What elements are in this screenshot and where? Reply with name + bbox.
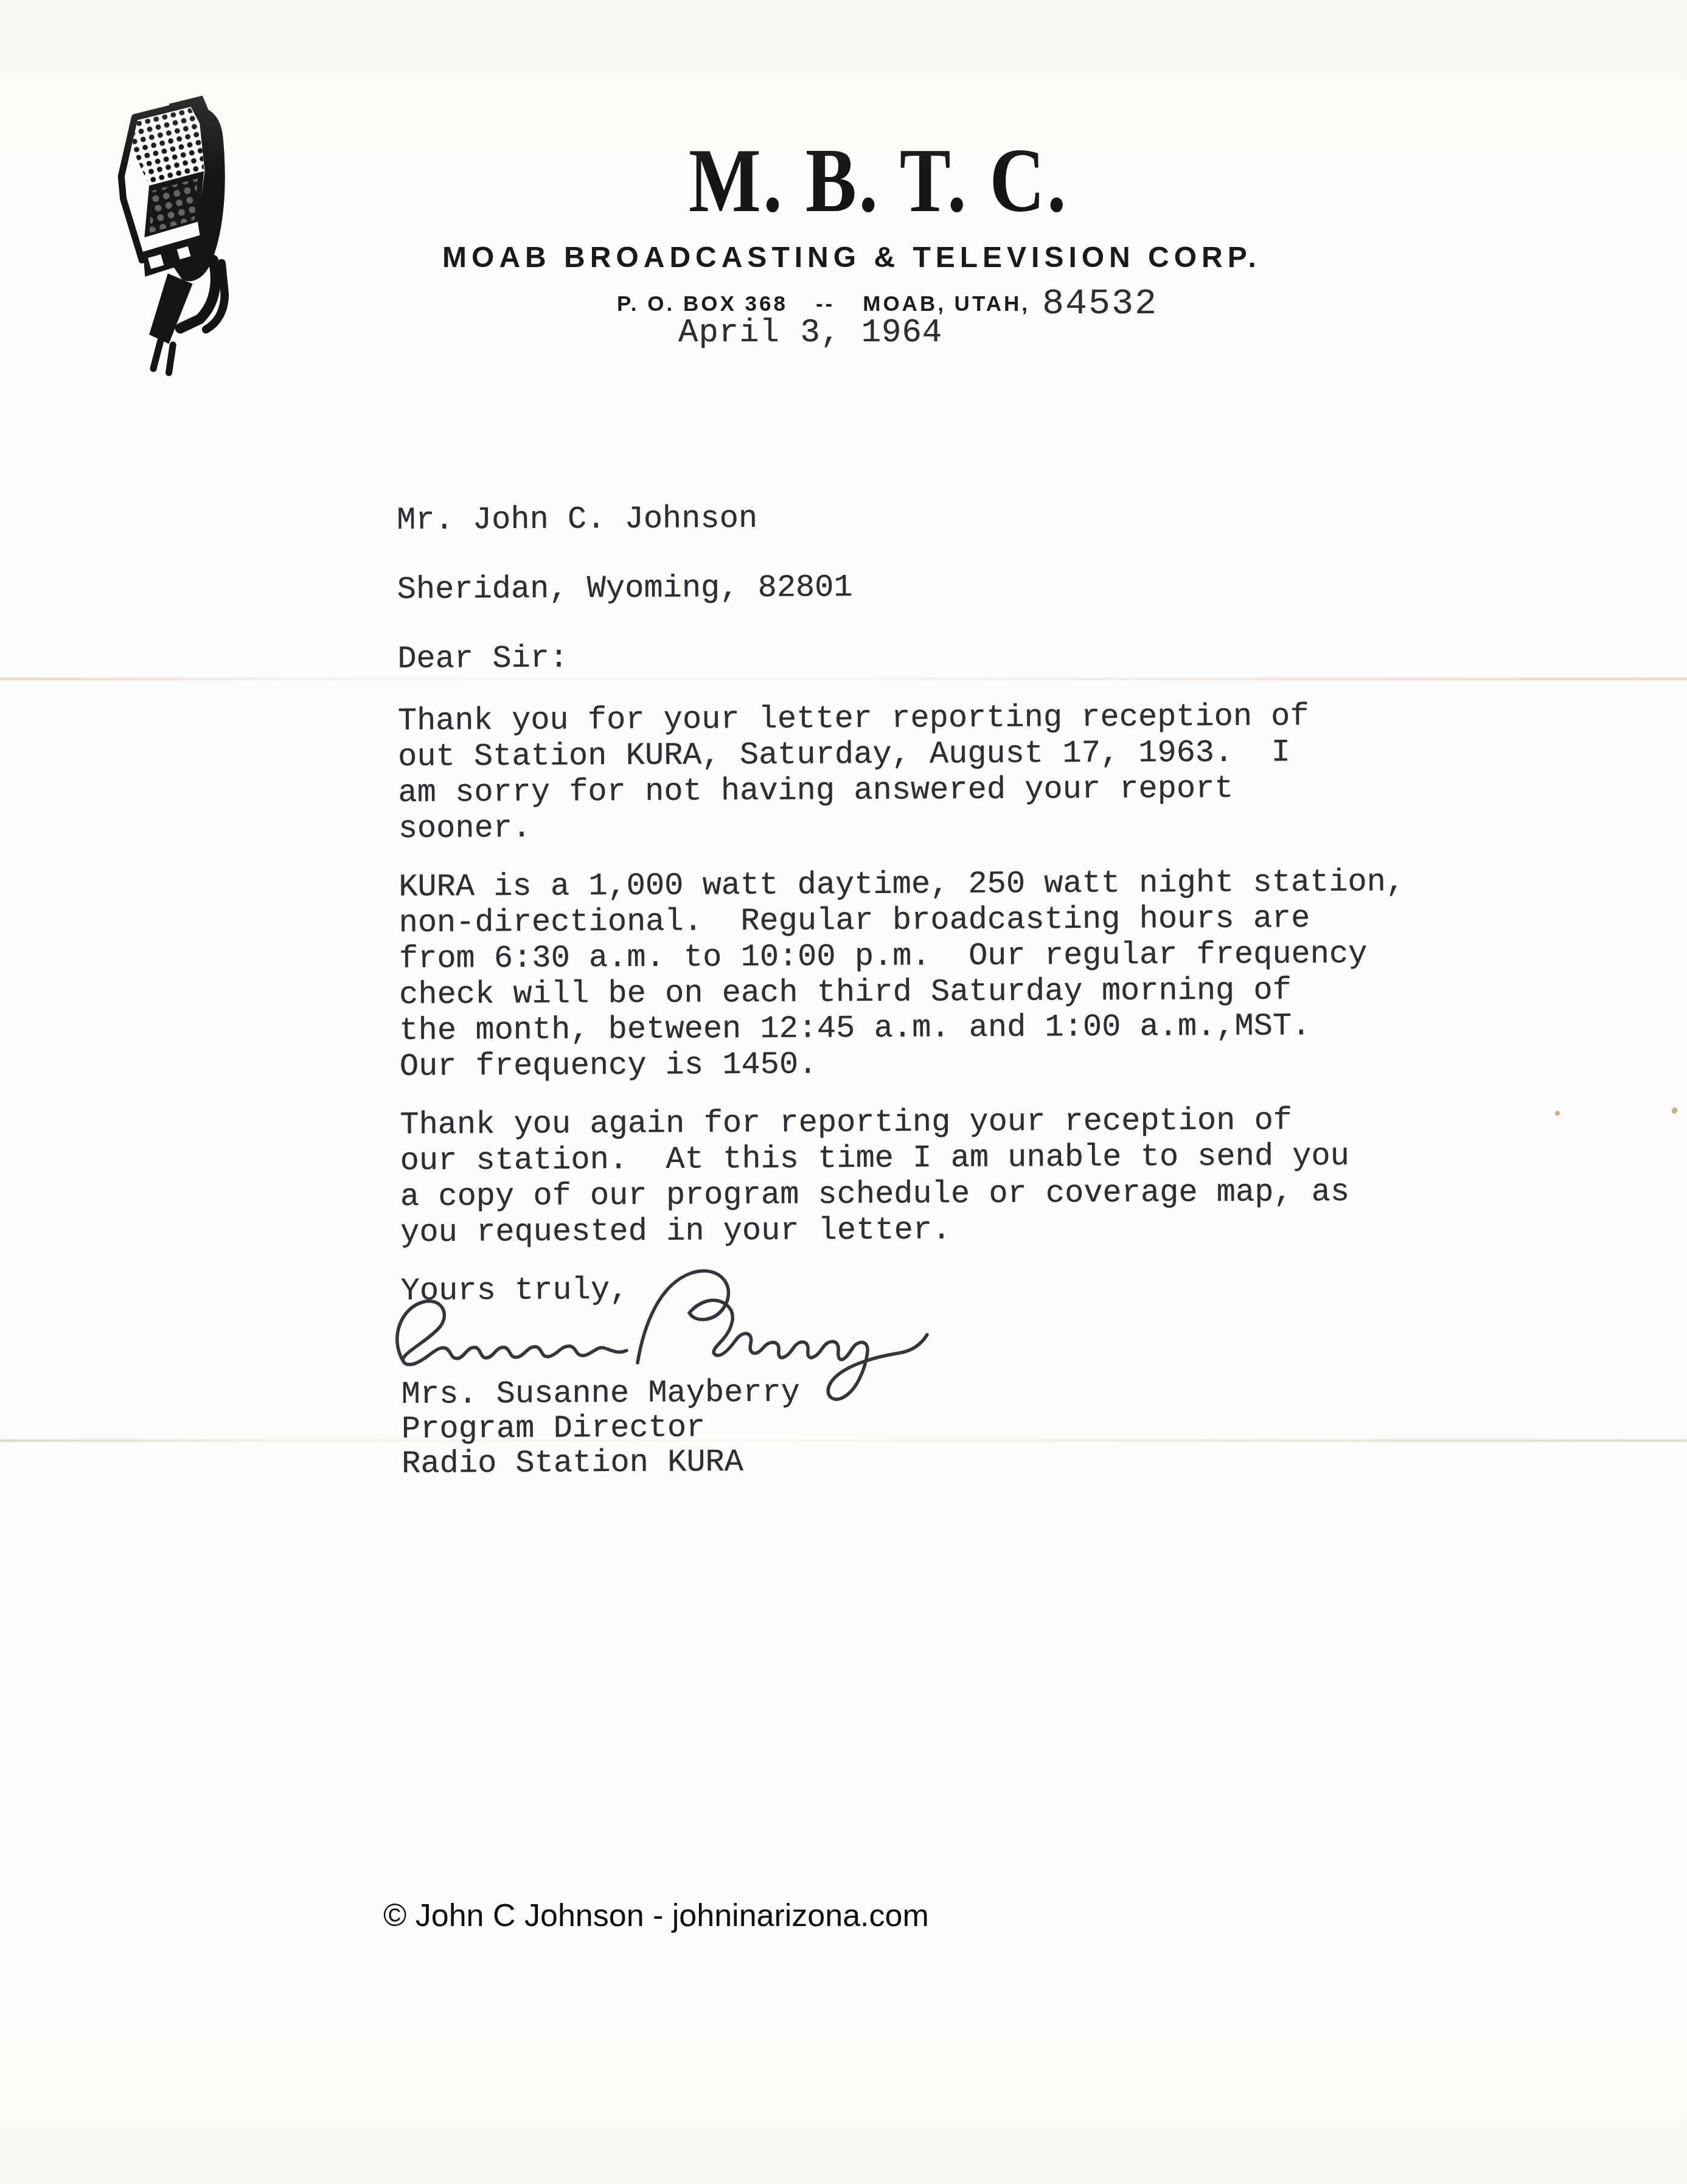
letter-scan-page: M. B. T. C. MOAB BROADCASTING & TELEVISI…	[0, 0, 1687, 2184]
date-line: April 3, 1964	[678, 315, 942, 352]
paragraph-1: Thank you for your letter reporting rece…	[398, 698, 1469, 847]
company-name: MOAB BROADCASTING & TELEVISION CORP.	[402, 242, 1302, 274]
letterhead-initials: M. B. T. C.	[689, 135, 1021, 226]
microphone-icon	[91, 85, 246, 383]
address-separator: --	[816, 292, 835, 316]
paragraph-2: KURA is a 1,000 watt daytime, 250 watt n…	[398, 864, 1470, 1085]
recipient-name: Mr. John C. Johnson	[397, 497, 1467, 538]
po-box: P. O. BOX 368	[617, 292, 788, 316]
copyright-footer: © John C Johnson - johninarizona.com	[383, 1898, 929, 1933]
city-state: MOAB, UTAH,	[863, 292, 1030, 316]
zip-code: 84532	[1042, 283, 1158, 325]
paper-speck	[1671, 1106, 1678, 1115]
salutation: Dear Sir:	[397, 636, 1468, 677]
recipient-address: Sheridan, Wyoming, 82801	[397, 566, 1468, 608]
signer-title: Program Director	[402, 1407, 1472, 1447]
paragraph-3: Thank you again for reporting your recep…	[400, 1102, 1471, 1251]
handwritten-signature	[382, 1259, 960, 1408]
signer-organization: Radio Station KURA	[402, 1441, 1472, 1481]
paper-speck	[1555, 1111, 1560, 1116]
